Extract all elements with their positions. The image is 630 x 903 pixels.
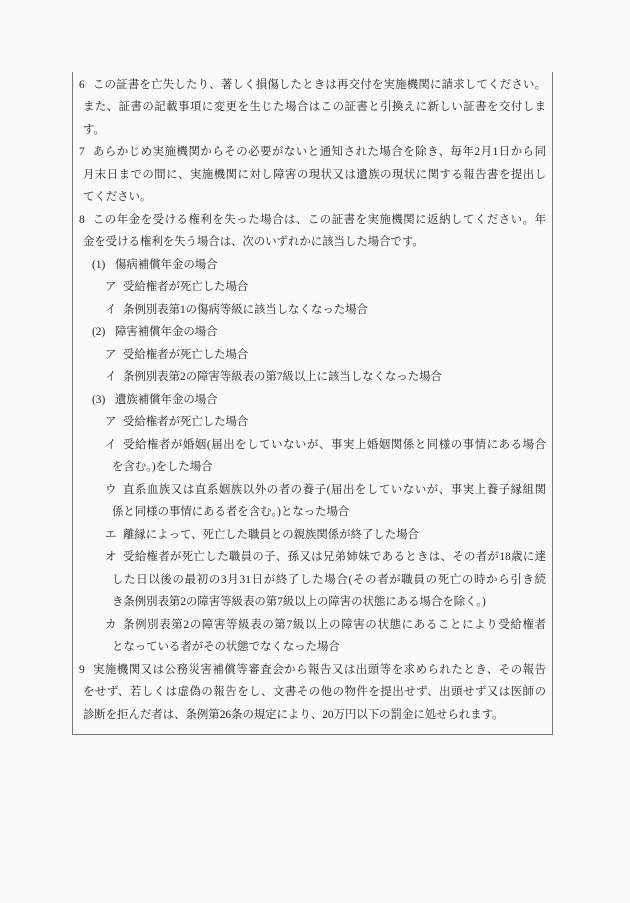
item-line: 月末日までの間に、実施機関に対し障害の現状又は遺族の現状に関する報告書を提出し xyxy=(83,164,546,187)
item-text: この証書を亡失したり、著しく損傷したときは再交付を実施機関に請求してください。 xyxy=(93,79,546,91)
item-text: あらかじめ実施機関からその必要がないと通知された場合を除き、毎年2月1日から同 xyxy=(93,146,546,158)
item-text: 診断を拒んだ者は、条例第26条の規定により、20万円以下の罰金に処せられます。 xyxy=(83,709,504,721)
item-marker: 7 xyxy=(79,141,85,164)
item-text: 実施機関又は公務災害補償等審査会から報告又は出頭等を求められたとき、その報告 xyxy=(93,664,546,676)
item-marker: オ xyxy=(105,546,116,569)
item-text: 受給権者が死亡した職員の子、孫又は兄弟姉妹であるときは、その者が18歳に達 xyxy=(123,551,546,563)
item-marker: カ xyxy=(105,614,116,637)
item-marker: イ xyxy=(105,299,116,322)
item-text: 傷病補償年金の場合 xyxy=(115,259,218,271)
item-marker: 8 xyxy=(79,209,85,232)
item-8-1: (1)傷病補償年金の場合 xyxy=(73,254,552,277)
item-8-3-ka: カ条例別表第2の障害等級表の第7級以上の障害の状態にあることにより受給権者となっ… xyxy=(73,614,552,659)
item-line: (2)障害補償年金の場合 xyxy=(115,321,546,344)
item-line: カ条例別表第2の障害等級表の第7級以上の障害の状態にあることにより受給権者 xyxy=(123,614,546,637)
item-line: ウ直系血族又は直系姻族以外の者の養子(届出をしていないが、事実上養子縁組関 xyxy=(123,479,546,502)
item-marker: (3) xyxy=(92,389,105,412)
item-marker: エ xyxy=(105,524,116,547)
item-line: を含む。)をした場合 xyxy=(112,456,546,479)
item-line: 診断を拒んだ者は、条例第26条の規定により、20万円以下の罰金に処せられます。 xyxy=(83,704,546,727)
item-8: 8この年金を受ける権利を失った場合は、この証書を実施機関に返納してください。年金… xyxy=(73,209,552,254)
item-marker: (1) xyxy=(92,254,105,277)
item-text: となっている者がその状態でなくなった場合 xyxy=(112,641,340,653)
item-text: 障害補償年金の場合 xyxy=(115,326,218,338)
item-text: を含む。)をした場合 xyxy=(112,461,213,473)
item-line: イ受給権者が婚姻(届出をしていないが、事実上婚姻関係と同様の事情にある場合 xyxy=(123,434,546,457)
item-text: 金を受ける権利を失う場合は、次のいずれかに該当した場合です。 xyxy=(83,236,424,248)
item-line: 8この年金を受ける権利を失った場合は、この証書を実施機関に返納してください。年 xyxy=(93,209,546,232)
item-line: てください。 xyxy=(83,186,546,209)
item-line: 9実施機関又は公務災害補償等審査会から報告又は出頭等を求められたとき、その報告 xyxy=(93,659,546,682)
item-line: また、証書の記載事項に変更を生じた場合はこの証書と引換えに新しい証書を交付しま xyxy=(83,96,546,119)
item-line: ア受給権者が死亡した場合 xyxy=(123,344,546,367)
item-text: 遺族補償年金の場合 xyxy=(115,394,218,406)
item-text: をせず、若しくは虚偽の報告をし、文書その他の物件を提出せず、出頭せず又は医師の xyxy=(83,686,546,698)
item-line: オ受給権者が死亡した職員の子、孫又は兄弟姉妹であるときは、その者が18歳に達 xyxy=(123,546,546,569)
item-text: 離縁によって、死亡した職員との親族関係が終了した場合 xyxy=(123,529,419,541)
item-line: となっている者がその状態でなくなった場合 xyxy=(112,636,546,659)
item-8-1-i: イ条例別表第1の傷病等級に該当しなくなった場合 xyxy=(73,299,552,322)
item-marker: 9 xyxy=(79,659,85,682)
item-line: 係と同様の事情にある者を含む。)となった場合 xyxy=(112,501,546,524)
item-text: てください。 xyxy=(83,191,151,203)
item-line: す。 xyxy=(83,119,546,142)
item-text: す。 xyxy=(83,124,105,136)
item-line: 金を受ける権利を失う場合は、次のいずれかに該当した場合です。 xyxy=(83,231,546,254)
item-8-3-u: ウ直系血族又は直系姻族以外の者の養子(届出をしていないが、事実上養子縁組関係と同… xyxy=(73,479,552,524)
item-text: 条例別表第2の障害等級表の第7級以上に該当しなくなった場合 xyxy=(123,371,442,383)
item-line: き条例別表第2の障害等級表の第7級以上の障害の状態にある場合を除く。) xyxy=(112,591,546,614)
item-line: ア受給権者が死亡した場合 xyxy=(123,411,546,434)
item-text: 受給権者が婚姻(届出をしていないが、事実上婚姻関係と同様の事情にある場合 xyxy=(123,439,546,451)
item-line: をせず、若しくは虚偽の報告をし、文書その他の物件を提出せず、出頭せず又は医師の xyxy=(83,681,546,704)
item-8-3-o: オ受給権者が死亡した職員の子、孫又は兄弟姉妹であるときは、その者が18歳に達した… xyxy=(73,546,552,614)
document-sheet: 6この証書を亡失したり、著しく損傷したときは再交付を実施機関に請求してください。… xyxy=(0,0,630,903)
item-text: また、証書の記載事項に変更を生じた場合はこの証書と引換えに新しい証書を交付しま xyxy=(83,101,546,113)
item-8-1-a: ア受給権者が死亡した場合 xyxy=(73,276,552,299)
item-marker: イ xyxy=(105,366,116,389)
item-text: 条例別表第2の障害等級表の第7級以上の障害の状態にあることにより受給権者 xyxy=(123,619,546,631)
item-7: 7あらかじめ実施機関からその必要がないと通知された場合を除き、毎年2月1日から同… xyxy=(73,141,552,209)
item-text: 受給権者が死亡した場合 xyxy=(123,349,248,361)
item-8-3-a: ア受給権者が死亡した場合 xyxy=(73,411,552,434)
item-line: エ離縁によって、死亡した職員との親族関係が終了した場合 xyxy=(123,524,546,547)
item-8-2-i: イ条例別表第2の障害等級表の第7級以上に該当しなくなった場合 xyxy=(73,366,552,389)
item-line: 6この証書を亡失したり、著しく損傷したときは再交付を実施機関に請求してください。 xyxy=(93,74,546,97)
item-marker: 6 xyxy=(79,74,85,97)
item-8-2: (2)障害補償年金の場合 xyxy=(73,321,552,344)
item-8-3-i: イ受給権者が婚姻(届出をしていないが、事実上婚姻関係と同様の事情にある場合を含む… xyxy=(73,434,552,479)
item-line: ア受給権者が死亡した場合 xyxy=(123,276,546,299)
item-line: イ条例別表第2の障害等級表の第7級以上に該当しなくなった場合 xyxy=(123,366,546,389)
item-text: 直系血族又は直系姻族以外の者の養子(届出をしていないが、事実上養子縁組関 xyxy=(123,484,546,496)
notice-box: 6この証書を亡失したり、著しく損傷したときは再交付を実施機関に請求してください。… xyxy=(72,72,553,735)
item-marker: ア xyxy=(105,276,116,299)
item-line: (1)傷病補償年金の場合 xyxy=(115,254,546,277)
item-text: 受給権者が死亡した場合 xyxy=(123,281,248,293)
item-marker: (2) xyxy=(92,321,105,344)
item-6: 6この証書を亡失したり、著しく損傷したときは再交付を実施機関に請求してください。… xyxy=(73,74,552,142)
item-text: 月末日までの間に、実施機関に対し障害の現状又は遺族の現状に関する報告書を提出し xyxy=(83,169,546,181)
item-text: 係と同様の事情にある者を含む。)となった場合 xyxy=(112,506,349,518)
item-line: した日以後の最初の3月31日が終了した場合(その者が職員の死亡の時から引き続 xyxy=(112,569,546,592)
item-text: き条例別表第2の障害等級表の第7級以上の障害の状態にある場合を除く。) xyxy=(112,596,486,608)
page: { "page": { "background": "#fafafa" }, "… xyxy=(0,0,630,903)
item-marker: ア xyxy=(105,344,116,367)
item-8-2-a: ア受給権者が死亡した場合 xyxy=(73,344,552,367)
item-marker: ウ xyxy=(105,479,116,502)
item-text: した日以後の最初の3月31日が終了した場合(その者が職員の死亡の時から引き続 xyxy=(112,574,546,586)
item-text: 受給権者が死亡した場合 xyxy=(123,416,248,428)
item-8-3: (3)遺族補償年金の場合 xyxy=(73,389,552,412)
item-marker: ア xyxy=(105,411,116,434)
item-line: イ条例別表第1の傷病等級に該当しなくなった場合 xyxy=(123,299,546,322)
item-8-3-e: エ離縁によって、死亡した職員との親族関係が終了した場合 xyxy=(73,524,552,547)
item-line: (3)遺族補償年金の場合 xyxy=(115,389,546,412)
item-text: この年金を受ける権利を失った場合は、この証書を実施機関に返納してください。年 xyxy=(93,214,546,226)
item-text: 条例別表第1の傷病等級に該当しなくなった場合 xyxy=(123,304,368,316)
item-9: 9実施機関又は公務災害補償等審査会から報告又は出頭等を求められたとき、その報告を… xyxy=(73,659,552,727)
item-line: 7あらかじめ実施機関からその必要がないと通知された場合を除き、毎年2月1日から同 xyxy=(93,141,546,164)
item-marker: イ xyxy=(105,434,116,457)
